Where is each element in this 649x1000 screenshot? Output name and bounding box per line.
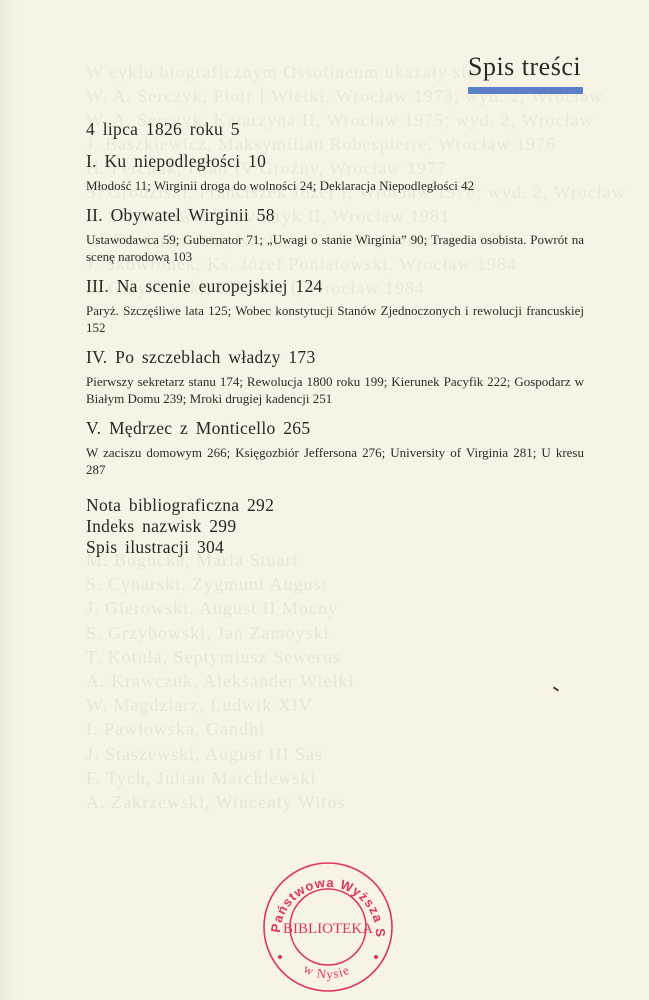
chapter-title: IV. Po szczeblach władzy 173: [86, 346, 584, 368]
library-stamp-icon: Państwowa Wyższa Szkoła Zawodowa w Nysie…: [258, 857, 398, 997]
bleed-line: A. Krawczuk, Aleksander Wielki: [86, 669, 354, 693]
chapter-title: III. Na scenie europejskiej 124: [86, 275, 584, 297]
bleed-line: J. Staszewski, August III Sas: [86, 742, 354, 766]
bleed-line: T. Kotula, Septymiusz Sewerus: [86, 645, 354, 669]
chapter-subsections: W zaciszu domowym 266; Księgozbiór Jeffe…: [86, 444, 584, 478]
toc-chapter-1: I. Ku niepodległości 10 Młodość 11; Wirg…: [86, 150, 584, 194]
chapter-subsections: Ustawodawca 59; Gubernator 71; „Uwagi o …: [86, 231, 584, 265]
toc-chapter-4: IV. Po szczeblach władzy 173 Pierwszy se…: [86, 346, 584, 407]
chapter-title: I. Ku niepodległości 10: [86, 150, 584, 172]
toc-entry-bibliography: Nota bibliograficzna 292: [86, 495, 584, 516]
book-page: W cyklu biograficznym Ossolineum ukazały…: [0, 0, 649, 1000]
toc-entry-name-index: Indeks nazwisk 299: [86, 516, 584, 537]
bleed-line: F. Tych, Julian Marchlewski: [86, 766, 354, 790]
stamp-center-text: BIBLIOTEKA: [283, 921, 373, 937]
svg-text:w Nysie: w Nysie: [301, 961, 352, 982]
chapter-subsections: Pierwszy sekretarz stanu 174; Rewolucja …: [86, 373, 584, 407]
bleed-line: A. Zakrzewski, Wincenty Witos: [86, 790, 354, 814]
toc-entry-illustrations: Spis ilustracji 304: [86, 537, 584, 558]
toc-chapter-5: V. Mędrzec z Monticello 265 W zaciszu do…: [86, 417, 584, 478]
chapter-title: II. Obywatel Wirginii 58: [86, 204, 584, 226]
toc-end-matter: Nota bibliograficzna 292 Indeks nazwisk …: [86, 495, 584, 558]
bleed-line: W. Magdziarz, Ludwik XIV: [86, 693, 354, 717]
bleed-line: S. Cynarski, Zygmunt August: [86, 572, 354, 596]
chapter-subsections: Paryż. Szczęśliwe lata 125; Wobec konsty…: [86, 302, 584, 336]
bleed-line: S. Grzybowski, Jan Zamoyski: [86, 621, 354, 645]
chapter-subsections: Młodość 11; Wirginii droga do wolności 2…: [86, 177, 584, 194]
stamp-bottom-text: w Nysie: [301, 961, 352, 982]
chapter-title: V. Mędrzec z Monticello 265: [86, 417, 584, 439]
toc-chapter-2: II. Obywatel Wirginii 58 Ustawodawca 59;…: [86, 204, 584, 265]
bleed-through-text-bottom: M. Bogucka, Maria Stuart S. Cynarski, Zy…: [86, 548, 354, 814]
toc-chapter-3: III. Na scenie europejskiej 124 Paryż. S…: [86, 275, 584, 336]
toc-entry-intro: 4 lipca 1826 roku 5: [86, 118, 584, 140]
bleed-line: I. Pawłowska, Gandhi: [86, 717, 354, 741]
bleed-line: J. Gierowski, August II Mocny: [86, 596, 354, 620]
page-title: Spis treści: [468, 52, 583, 82]
table-of-contents: 4 lipca 1826 roku 5 I. Ku niepodległości…: [86, 118, 584, 558]
ink-speck: [553, 686, 559, 691]
title-underline-rule: [468, 87, 583, 94]
page-header: Spis treści: [468, 52, 583, 94]
library-stamp: Państwowa Wyższa Szkoła Zawodowa w Nysie…: [258, 857, 398, 997]
